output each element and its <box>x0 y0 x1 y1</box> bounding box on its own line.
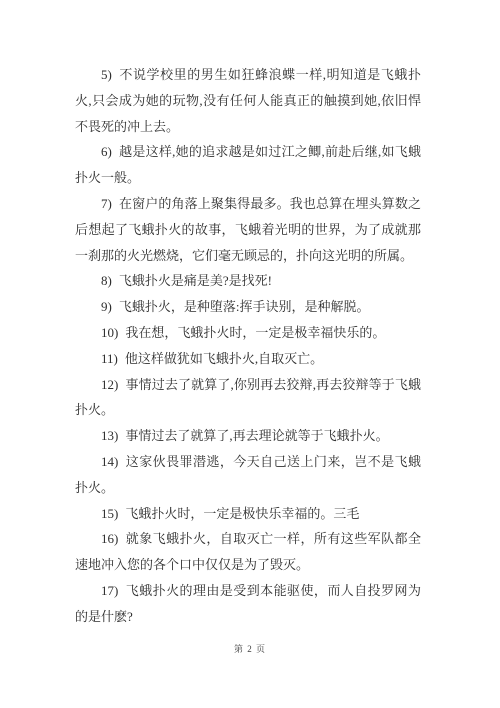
quote-item: 6)越是这样,她的追求越是如过江之鲫,前赴后继,如飞蛾扑火一般。 <box>75 139 421 191</box>
quote-text: 不说学校里的男生如狂蜂浪蝶一样,明知道是飞蛾扑火,只会成为她的玩物,没有任何人能… <box>75 67 421 134</box>
quote-number: 16) <box>101 531 118 546</box>
quote-number: 6) <box>101 144 112 159</box>
quote-text: 在窗户的角落上聚集得最多。我也总算在埋头算数之后想起了飞蛾扑火的故事，飞蛾着光明… <box>75 196 421 263</box>
quote-text: 这家伙畏罪潜逃，今天自己送上门来，岂不是飞蛾扑火。 <box>75 454 421 495</box>
quote-text: 飞蛾扑火是痛是美?是找死! <box>119 273 272 288</box>
quote-text: 越是这样,她的追求越是如过江之鲫,前赴后继,如飞蛾扑火一般。 <box>75 144 421 185</box>
quote-number: 12) <box>101 377 118 392</box>
quote-item: 13)事情过去了就算了,再去理论就等于飞蛾扑火。 <box>75 423 421 449</box>
quote-number: 9) <box>101 299 112 314</box>
quote-item: 16)就象飞蛾扑火，自取灭亡一样，所有这些军队都全速地冲入您的各个口中仅仅是为了… <box>75 526 421 578</box>
quote-number: 10) <box>101 325 118 340</box>
quote-number: 7) <box>101 196 112 211</box>
quote-number: 11) <box>101 351 118 366</box>
quote-number: 14) <box>101 454 118 469</box>
quote-text: 他这样做犹如飞蛾扑火,自取灭亡。 <box>125 351 323 366</box>
quote-item: 8)飞蛾扑火是痛是美?是找死! <box>75 268 421 294</box>
quote-item: 17)飞蛾扑火的理由是受到本能驱使，而人自投罗网为的是什麽? <box>75 578 421 630</box>
quote-number: 15) <box>101 506 118 521</box>
quote-item: 10)我在想，飞蛾扑火时，一定是极幸福快乐的。 <box>75 320 421 346</box>
quote-text: 就象飞蛾扑火，自取灭亡一样，所有这些军队都全速地冲入您的各个口中仅仅是为了毁灭。 <box>75 531 421 572</box>
quote-item: 15)飞蛾扑火时，一定是极快乐幸福的。三毛 <box>75 501 421 527</box>
quote-number: 5) <box>101 67 112 82</box>
quote-item: 14)这家伙畏罪潜逃，今天自己送上门来，岂不是飞蛾扑火。 <box>75 449 421 501</box>
quote-item: 5)不说学校里的男生如狂蜂浪蝶一样,明知道是飞蛾扑火,只会成为她的玩物,没有任何… <box>75 62 421 139</box>
document-page: 5)不说学校里的男生如狂蜂浪蝶一样,明知道是飞蛾扑火,只会成为她的玩物,没有任何… <box>0 0 500 708</box>
quote-number: 8) <box>101 273 112 288</box>
quote-item: 9)飞蛾扑火，是种堕落:挥手诀别，是种解脱。 <box>75 294 421 320</box>
quote-text: 我在想，飞蛾扑火时，一定是极幸福快乐的。 <box>125 325 385 340</box>
quote-item: 11)他这样做犹如飞蛾扑火,自取灭亡。 <box>75 346 421 372</box>
document-body: 5)不说学校里的男生如狂蜂浪蝶一样,明知道是飞蛾扑火,只会成为她的玩物,没有任何… <box>0 0 500 630</box>
quote-text: 飞蛾扑火时，一定是极快乐幸福的。三毛 <box>125 506 359 521</box>
quote-text: 飞蛾扑火的理由是受到本能驱使，而人自投罗网为的是什麽? <box>75 583 421 624</box>
quote-text: 事情过去了就算了,你别再去狡辩,再去狡辩等于飞蛾扑火。 <box>75 377 421 418</box>
quote-text: 飞蛾扑火，是种堕落:挥手诀别，是种解脱。 <box>119 299 370 314</box>
quote-item: 7)在窗户的角落上聚集得最多。我也总算在埋头算数之后想起了飞蛾扑火的故事，飞蛾着… <box>75 191 421 268</box>
quote-number: 17) <box>101 583 118 598</box>
quote-number: 13) <box>101 428 118 443</box>
quote-text: 事情过去了就算了,再去理论就等于飞蛾扑火。 <box>125 428 388 443</box>
quote-item: 12)事情过去了就算了,你别再去狡辩,再去狡辩等于飞蛾扑火。 <box>75 372 421 424</box>
page-number: 第 2 页 <box>0 642 500 655</box>
